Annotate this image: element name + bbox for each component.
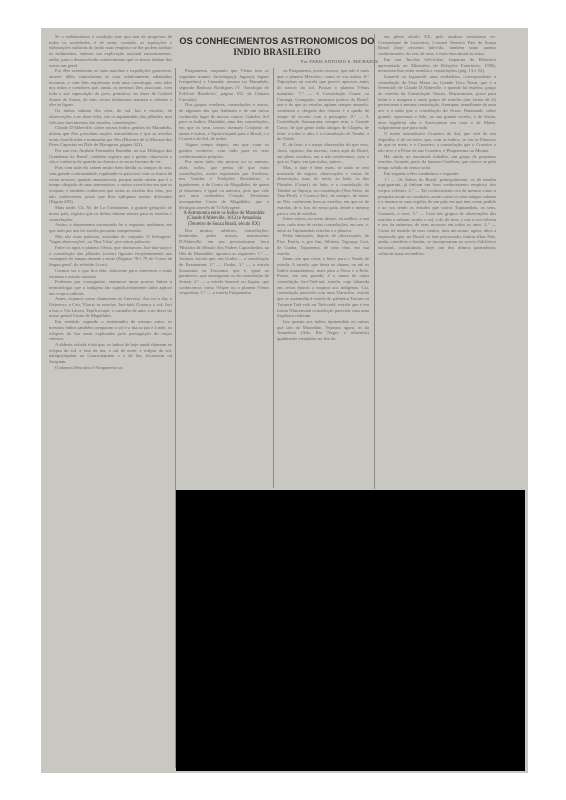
paragraph: Pirapanema, enquanto que Vênus tem os se… <box>179 68 269 102</box>
column-4: em pleno século XX, pelo saudoso astrôno… <box>378 34 496 484</box>
paragraph: Iauaretê ou Jaguaretê, uma verdadeira, c… <box>378 74 496 131</box>
paragraph: Se o sedentarismo é condição sine qua no… <box>49 34 172 68</box>
redaction-block <box>176 490 525 771</box>
section-subhead: A Astronomia entre os Índios do Maranhão… <box>179 211 269 228</box>
column-rule <box>374 34 375 489</box>
paragraph: Dos grupos estelares, constelações e ast… <box>179 102 269 142</box>
headline-line-2: INDIO BRASILEIRO <box>179 47 375 57</box>
paragraph: Em seu 'Incolas Selvícolas' (separata do… <box>378 57 496 74</box>
column-2: Pirapanema, enquanto que Vênus tem os se… <box>179 68 269 488</box>
paragraph: A aldeota sofrida é daí que, os índios d… <box>49 342 172 365</box>
paragraph: Por outro lado, são poucos ou os autores… <box>179 159 269 210</box>
paragraph: Algum tempo depois, em que viam os genti… <box>179 142 269 159</box>
paragraph: Isto quanto aos índios tupinambás ou out… <box>277 319 369 342</box>
paragraph: Não são estas palavras, extraídas do con… <box>49 234 172 245</box>
paragraph: Dos muitos, arbítrios, constelações, lem… <box>179 228 269 296</box>
paragraph: O nome astronômico Cruzeiro do Sul, que … <box>378 131 496 154</box>
column-rule <box>273 68 274 488</box>
paragraph: Entre os tupis o planeta Vênus, que cham… <box>49 245 172 268</box>
paragraph: Em verdade, segundo o testemunho do mesm… <box>49 319 172 342</box>
column-3: ou Pirapanema, posto escasso, que não é … <box>277 68 369 488</box>
byline: Por FARIS ANTONIO S. MICHAELE <box>301 59 378 64</box>
paragraph: Os índios sabiam dos céus, do sol, lua e… <box>49 108 172 125</box>
paragraph: Há, ainda, na renomada trabalho, um grup… <box>378 154 496 171</box>
paragraph: 1.° — Os Índios do Brasil, principalment… <box>378 177 496 257</box>
column-1: Se o sedentarismo é condição sine qua no… <box>49 34 172 769</box>
paragraph: Antes, vejamos como chamavam ao Universo… <box>49 296 172 319</box>
paragraph: Claude D'Abbeville, sobre nossos índios … <box>49 125 172 148</box>
newspaper-page: Se o sedentarismo é condição sine qua no… <box>41 28 528 773</box>
paragraph: Por sua vez, Antônio Fernandes Brandão, … <box>49 148 172 165</box>
paragraph: Por êles orientavam as suas marchas e ex… <box>49 68 172 108</box>
paragraph: Assim, o depoimento encontrado foi o seg… <box>49 222 172 233</box>
paragraph: Entre outros, no meio destas, ou melhor,… <box>277 216 369 233</box>
paragraph: Cremos ser o que fica dito, suficiente p… <box>49 268 172 279</box>
paragraph: Inam, em que certa, e bem, para o Veado … <box>277 256 369 319</box>
paragraph: Pois com toda ela sabem muito bem dividi… <box>49 165 172 205</box>
paragraph: em pleno século XX, pelo saudoso astrôno… <box>378 34 496 57</box>
paragraph: Mais tarde, Ch. M. de La Condamine, a gr… <box>49 205 172 222</box>
paragraph: Mas, a data é bem mais, se nada se tem m… <box>277 165 369 216</box>
paragraph: ou Pirapanema, posto escasso, que não é … <box>277 68 369 142</box>
paragraph: E, de feito, é o maior observador do que… <box>277 142 369 165</box>
article-headline: OS CONHECIMENTOS ASTRONOMICOS DO INDIO B… <box>179 36 375 57</box>
headline-line-1: OS CONHECIMENTOS ASTRONOMICOS DO <box>179 36 375 46</box>
paragraph: O planeta Mercúrio é Pirapanema ou <box>49 365 172 371</box>
paragraph: Podemos por conseguinte, enumerar umas p… <box>49 279 172 296</box>
paragraph: Pelas imitações, depois de observações, … <box>277 233 369 256</box>
